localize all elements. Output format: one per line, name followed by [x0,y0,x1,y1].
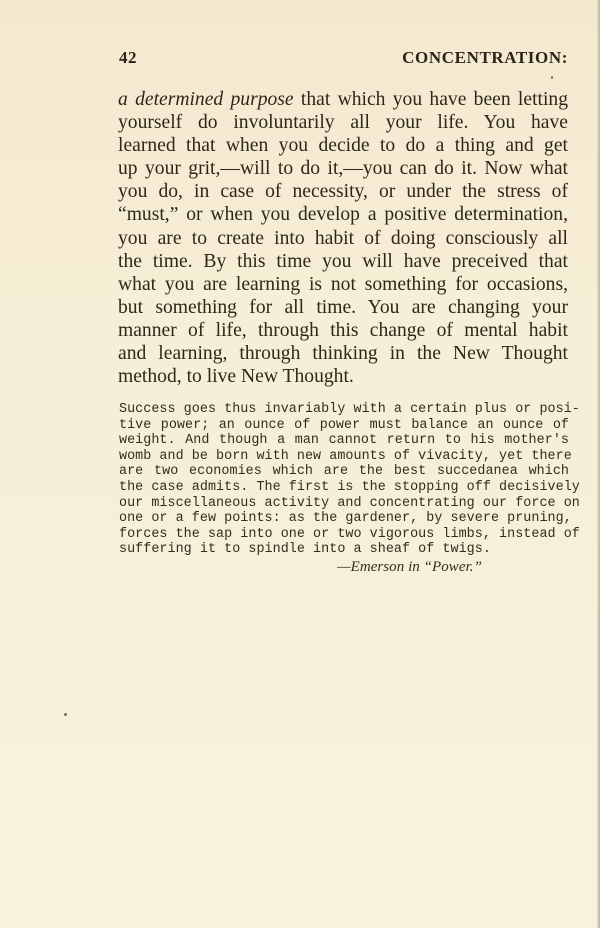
body-line: method, to live New Thought. [118,365,568,388]
chapter-title: CONCENTRATION: [402,48,568,68]
body-line: you are to create into habit of doing co… [118,227,568,250]
quote-line: are two economies which are the best suc… [119,464,569,480]
body-line: a determined purpose that which you have… [118,88,568,111]
body-line: you do, in case of necessity, or under t… [118,180,568,203]
block-quote: Success goes thus invariably with a cert… [119,402,569,576]
paper-speck [551,76,553,79]
body-line: what you are learning is not something f… [118,273,568,296]
body-line: manner of life, through this change of m… [118,319,568,342]
body-line: but something for all time. You are chan… [118,296,568,319]
body-line: learned that when you decide to do a thi… [118,134,568,157]
quote-line: Success goes thus invariably with a cert… [119,402,569,418]
body-line: the time. By this time you will have pre… [118,250,568,273]
body-line: up your grit,—will to do it,—you can do … [118,157,568,180]
quote-attribution: —Emerson in “Power.” [119,559,569,576]
quote-line: our miscellaneous activity and concentra… [119,496,569,512]
quote-line: one or a few points: as the gardener, by… [119,511,569,527]
quote-line: womb and be born with new amounts of viv… [119,449,569,465]
paper-speck [64,713,67,716]
page-number: 42 [119,48,137,68]
emphasis-text: a determined purpose [118,89,294,110]
quote-line: weight. And though a man cannot return t… [119,433,569,449]
body-line: yourself do involuntarily all your life.… [118,111,568,134]
running-head: 42 CONCENTRATION: [118,48,568,70]
quote-line: tive power; an ounce of power must balan… [119,418,569,434]
body-line: and learning, through thinking in the Ne… [118,342,568,365]
body-line: “must,” or when you develop a positive d… [118,203,568,226]
quote-line: the case admits. The first is the stoppi… [119,480,569,496]
quote-line: suffering it to spindle into a sheaf of … [119,542,569,558]
quote-line: forces the sap into one or two vigorous … [119,527,569,543]
body-paragraph: a determined purpose that which you have… [118,88,568,388]
